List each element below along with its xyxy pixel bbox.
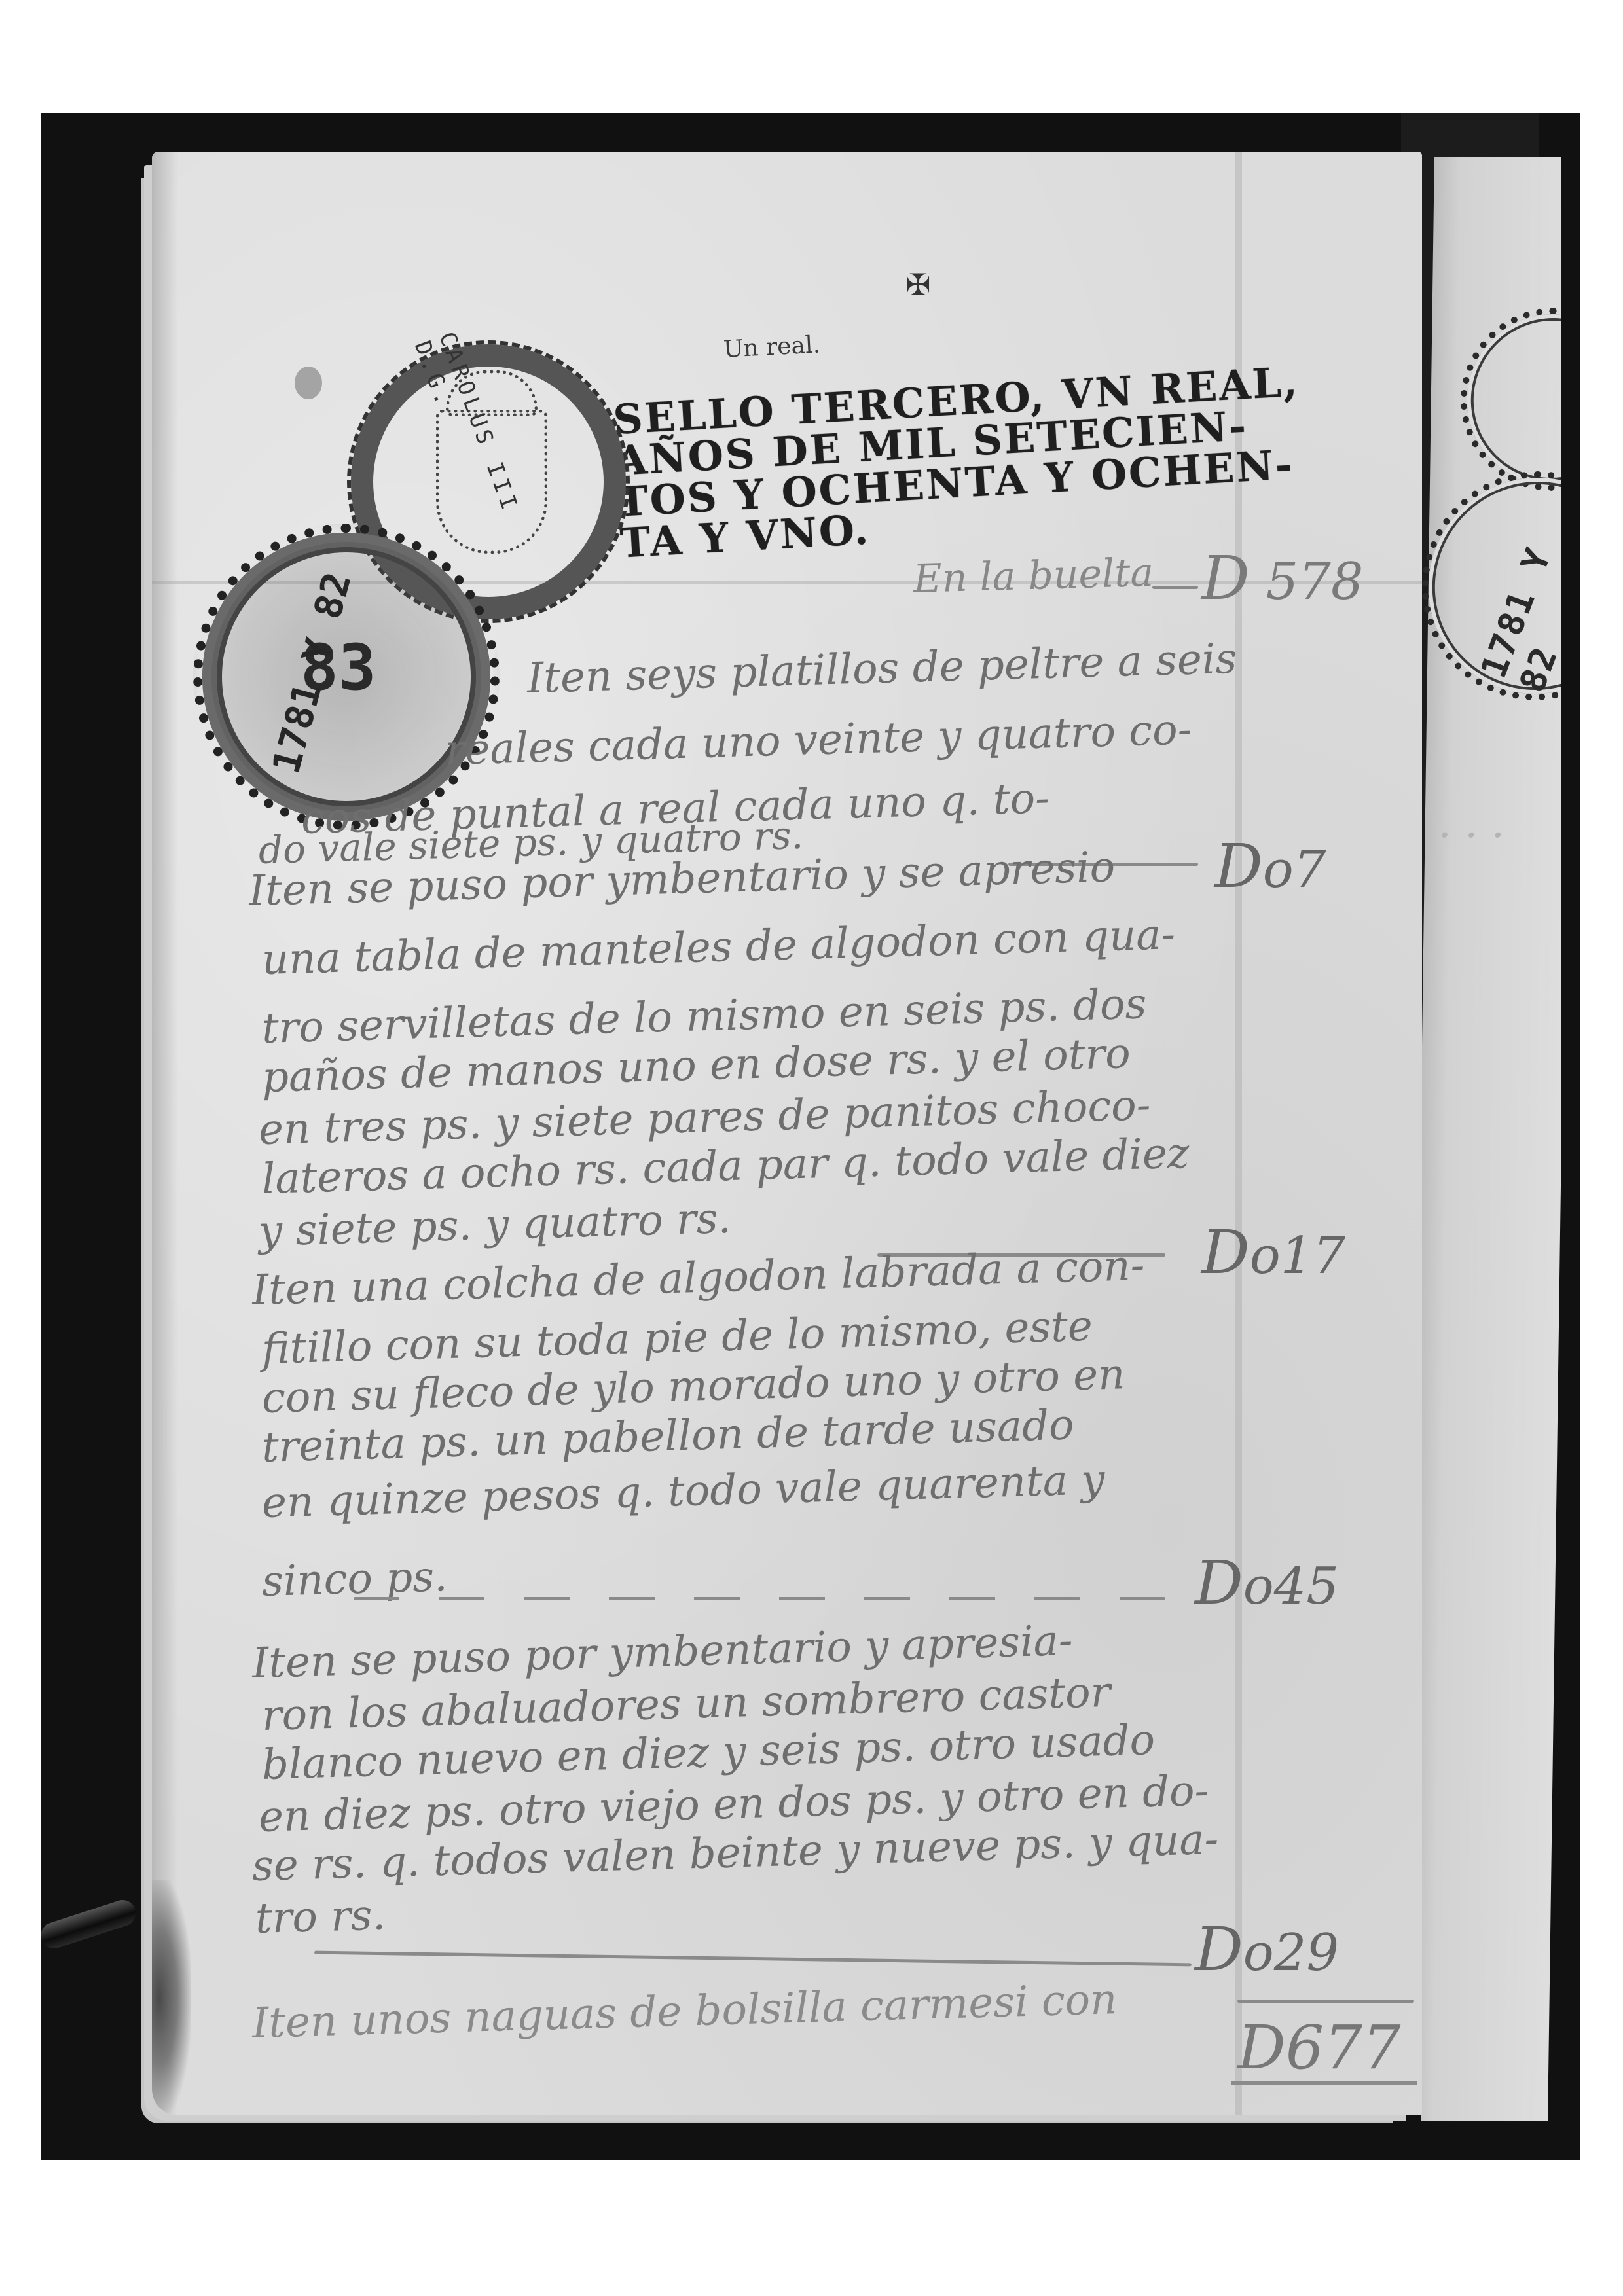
carried-forward-rule: [1152, 586, 1198, 589]
amount-separator: o: [1263, 840, 1294, 899]
page-edge-shadow: [152, 152, 178, 2115]
amount-separator: o: [1243, 1557, 1274, 1616]
currency-mark: D: [1201, 1217, 1250, 1287]
entry-rule: [354, 1597, 1165, 1600]
currency-mark: D: [1201, 543, 1250, 613]
running-total: D677: [1237, 2013, 1400, 2083]
currency-mark: D: [1195, 1548, 1243, 1618]
currency-mark: D: [1214, 831, 1263, 901]
entry-amount: Do17: [1201, 1217, 1345, 1287]
cross-icon: ✠: [905, 267, 931, 302]
entry-amount: Do7: [1214, 831, 1326, 901]
amount-value: 17: [1281, 1227, 1345, 1285]
stamp-value-label: Un real.: [723, 331, 821, 363]
adjacent-seal-upper: [1459, 308, 1561, 491]
entry-line: tro rs.: [255, 1891, 386, 1943]
amount-value: 45: [1274, 1557, 1339, 1616]
water-damage: [152, 1880, 191, 2115]
amount-value: 7: [1294, 840, 1326, 899]
carried-forward-label: En la buelta: [913, 550, 1154, 602]
amount-separator: o: [1243, 1924, 1274, 1982]
ink-blot: [295, 367, 322, 399]
carried-forward-amount: D 578: [1201, 543, 1363, 613]
entry-amount: Do29: [1195, 1914, 1339, 1984]
adjacent-ghost-text: · · ·: [1438, 812, 1505, 860]
revalidation-seal-stamp: 83 1781 Y 82: [193, 524, 500, 830]
adjacent-page-paper: 1781 Y 82 · · ·: [1421, 157, 1561, 2121]
currency-mark: D: [1195, 1914, 1243, 1984]
adjacent-page: 1781 Y 82 · · ·: [1421, 157, 1561, 2121]
amount-value: 578: [1266, 552, 1364, 611]
amount-value: 29: [1274, 1924, 1339, 1982]
entry-amount: Do45: [1195, 1548, 1339, 1618]
adjacent-seal-year: 1781 Y 82: [1421, 471, 1561, 700]
running-total-value: 677: [1286, 2013, 1401, 2083]
running-total-rule: [1237, 2000, 1414, 2003]
amount-separator: o: [1250, 1227, 1281, 1285]
currency-mark: D: [1237, 2013, 1286, 2083]
adjacent-seal-year-text: 1781 Y 82: [1473, 484, 1561, 697]
